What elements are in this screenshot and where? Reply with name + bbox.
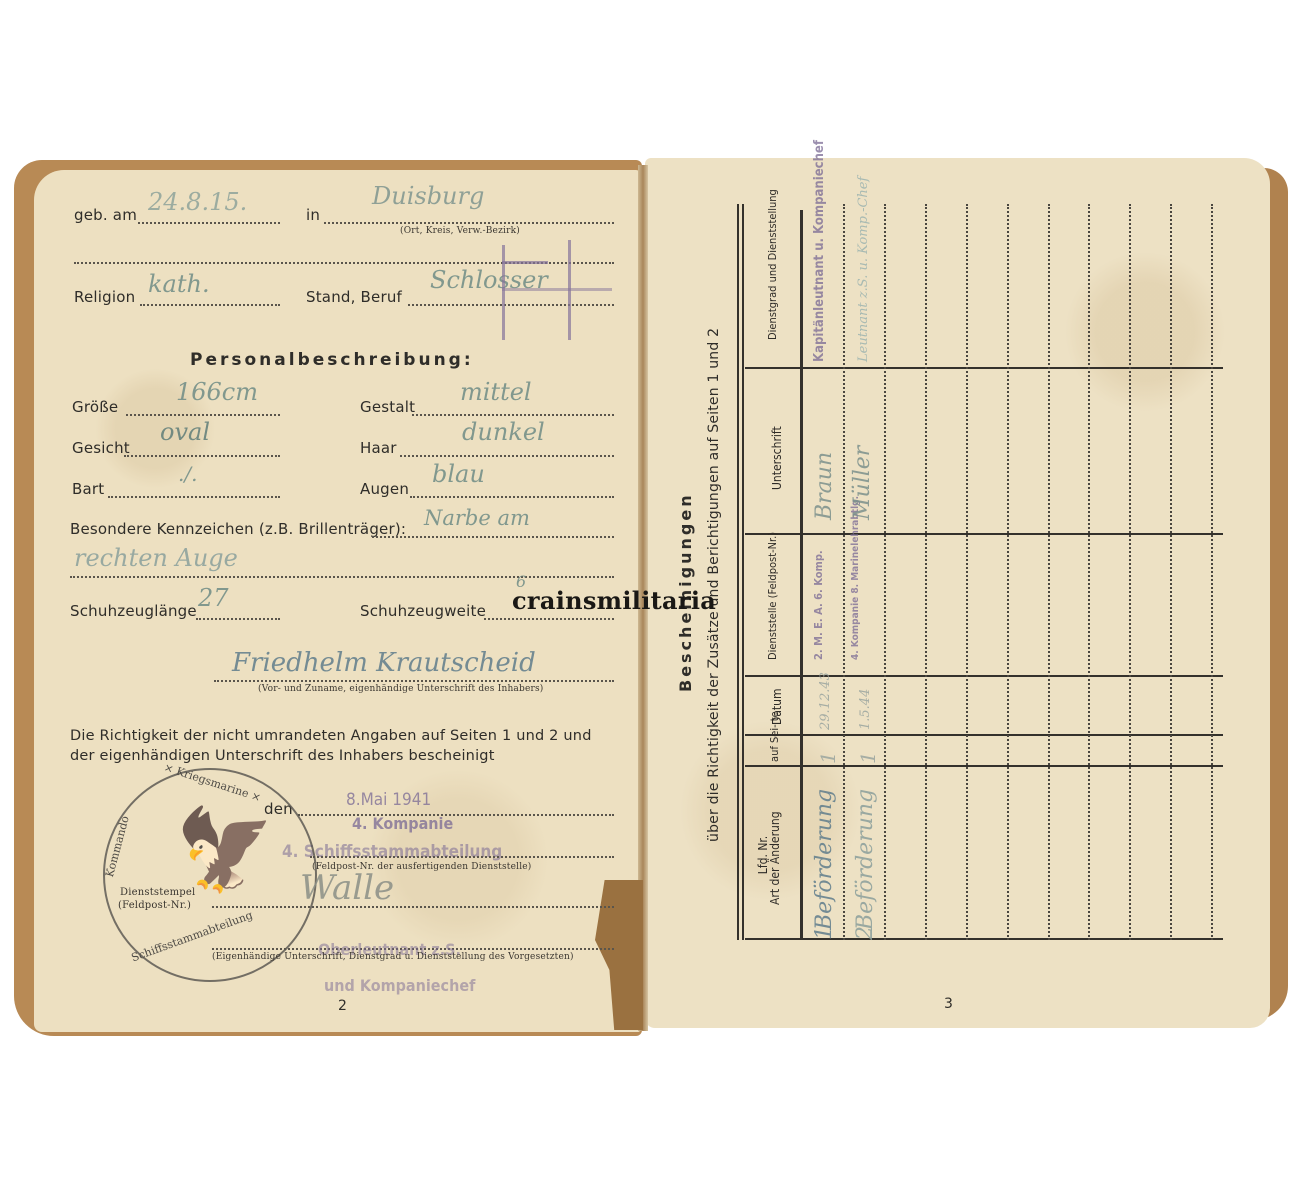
shoe-length-label: Schuhzeuglänge — [70, 602, 197, 620]
stamp-mark — [502, 288, 612, 291]
superior-signature: Walle — [300, 868, 394, 908]
born-in-hint: (Ort, Kreis, Verw.-Bezirk) — [400, 226, 520, 236]
religion-label: Religion — [74, 288, 135, 306]
special-marks-value-1: Narbe am — [424, 506, 530, 530]
table-dotted-line — [925, 204, 927, 940]
table-border-left — [737, 204, 739, 940]
superior-stamp-2: und Kompaniechef — [324, 976, 475, 995]
born-in-value: Duisburg — [372, 182, 484, 210]
table-row-separator — [745, 734, 1223, 736]
table-row-separator — [745, 765, 1223, 767]
religion-value: kath. — [148, 270, 210, 298]
special-marks-line — [372, 536, 614, 538]
hair-label: Haar — [360, 439, 397, 457]
height-line — [126, 414, 280, 416]
shoe-width-line — [484, 618, 614, 620]
column-header-art: Art der Änderung — [768, 811, 782, 905]
height-label: Größe — [72, 398, 118, 416]
dienststempel-label: Dienststempel — [120, 887, 195, 898]
row-2-seite: 1 — [856, 751, 880, 764]
page-number-right: 3 — [944, 996, 953, 1012]
row-1-art: Beförderung — [812, 789, 837, 930]
born-in-label: in — [306, 206, 320, 224]
table-row-separator — [745, 675, 1223, 677]
table-dotted-line — [1007, 204, 1009, 940]
superior-signature-line — [212, 906, 614, 908]
row-1-datum: 29.12.43 — [818, 672, 833, 730]
born-on-label: geb. am — [74, 206, 137, 224]
beard-line — [108, 496, 280, 498]
page-number-left: 2 — [338, 998, 347, 1014]
column-header-datum: Datum — [770, 688, 784, 725]
stamp-date: 8.Mai 1941 — [346, 790, 431, 810]
table-dotted-line — [1129, 204, 1131, 940]
row-1-dienststelle: 2. M. E. A. 6. Komp. — [812, 550, 825, 660]
table-row-separator — [745, 533, 1223, 535]
shoe-length-line — [196, 618, 280, 620]
row-2-unterschrift: Müller — [850, 446, 875, 520]
eyes-value: blau — [432, 460, 485, 488]
row-1-unterschrift: Braun — [812, 452, 837, 520]
shoe-width-label: Schuhzeugweite — [360, 602, 486, 620]
holder-signature-hint: (Vor- und Zuname, eigenhändige Unterschr… — [258, 684, 544, 694]
face-line — [124, 455, 280, 457]
row-2-datum: 1.5.44 — [858, 689, 873, 730]
row-1-dienstgrad: Kapitänleutnant u. Kompaniechef — [812, 140, 827, 362]
right-page-subtitle: über die Richtigkeit der Zusätze und Ber… — [706, 328, 722, 842]
born-on-line — [138, 222, 280, 224]
hair-value: dunkel — [462, 418, 545, 446]
table-header-separator — [800, 210, 803, 940]
feldpost-line — [310, 856, 614, 858]
eyes-line — [410, 496, 614, 498]
superior-hint: (Eigenhändige Unterschrift, Dienstgrad u… — [212, 952, 574, 962]
born-in-line — [324, 222, 614, 224]
beard-label: Bart — [72, 480, 104, 498]
table-dotted-line — [1088, 204, 1090, 940]
holder-signature: Friedhelm Krautscheid — [232, 648, 536, 678]
table-row-separator — [745, 367, 1223, 369]
height-value: 166cm — [176, 378, 258, 406]
certification-text-2: der eigenhändigen Unterschrift des Inhab… — [70, 748, 495, 764]
table-dotted-line — [843, 204, 845, 940]
hair-line — [400, 455, 614, 457]
table-dotted-line — [1211, 204, 1213, 940]
table-dotted-line — [1170, 204, 1172, 940]
column-header-dienstgrad: Dienstgrad und Dienststellung — [766, 189, 779, 340]
table-dotted-line — [966, 204, 968, 940]
eyes-label: Augen — [360, 480, 409, 498]
watermark: crainsmilitaria — [512, 586, 716, 615]
table-dotted-line — [1048, 204, 1050, 940]
row-2-dienstgrad: Leutnant z.S. u. Komp.-Chef — [856, 177, 871, 362]
beard-value: ./. — [178, 462, 197, 486]
face-label: Gesicht — [72, 439, 130, 457]
row-1-seite: 1 — [816, 751, 840, 764]
date-line — [298, 814, 614, 816]
born-on-value: 24.8.15. — [148, 188, 247, 216]
build-value: mittel — [460, 378, 532, 406]
shoe-length-value: 27 — [198, 584, 229, 612]
column-header-dienststelle: Dienststelle (Feldpost-Nr.) — [766, 532, 779, 660]
column-header-unterschrift: Unterschrift — [770, 426, 784, 490]
religion-line — [140, 304, 280, 306]
table-dotted-line — [884, 204, 886, 940]
certification-text-1: Die Richtigkeit der nicht umrandeten Ang… — [70, 728, 592, 744]
build-line — [412, 414, 614, 416]
row-2-art: Beförderung — [853, 789, 878, 930]
occupation-label: Stand, Beruf — [306, 288, 402, 306]
feldpost-nr-label: (Feldpost-Nr.) — [118, 900, 191, 911]
occupation-line — [408, 304, 614, 306]
holder-signature-line — [214, 680, 614, 682]
special-marks-label: Besondere Kennzeichen (z.B. Brillenträge… — [70, 520, 406, 538]
stamp-mark — [502, 245, 505, 340]
row-2-dienststelle: 4. Kompanie 8. Marinelehrabtlg. — [850, 496, 861, 660]
table-border-left-inner — [742, 204, 744, 940]
eagle-icon: 🦅 — [175, 810, 275, 890]
special-marks-value-2: rechten Auge — [74, 544, 238, 572]
section-title: Personalbeschreibung: — [190, 350, 474, 370]
stamp-mark — [502, 261, 548, 264]
stamp-unit-1: 4. Kompanie — [352, 814, 453, 833]
special-marks-line-2 — [70, 576, 614, 578]
build-label: Gestalt — [360, 398, 415, 416]
face-value: oval — [160, 418, 210, 446]
